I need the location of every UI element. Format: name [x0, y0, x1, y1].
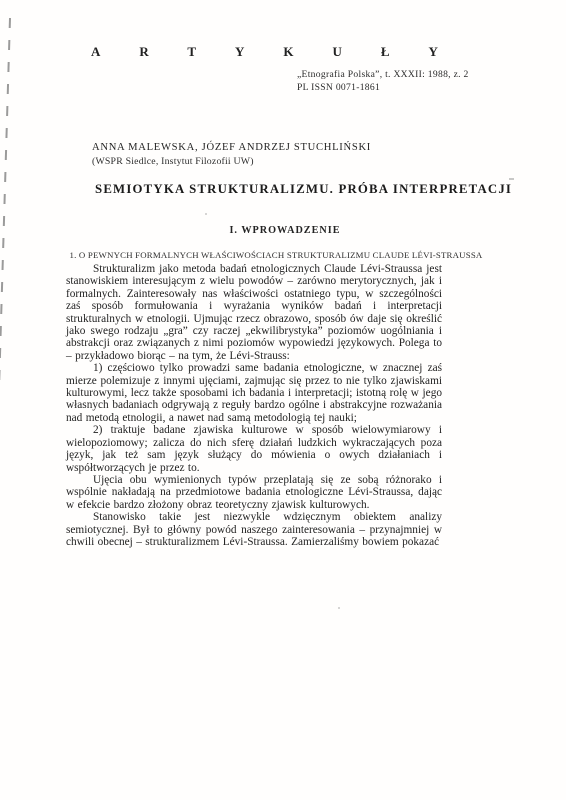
- left-margin-dashed-line: [0, 18, 11, 627]
- authors-line: ANNA MALEWSKA, JÓZEF ANDRZEJ STUCHLIŃSKI: [92, 142, 371, 153]
- scan-speck: [509, 178, 514, 180]
- paragraph: Stanowisko takie jest niezwykle wdzięczn…: [66, 511, 442, 548]
- journal-citation-line2: PL ISSN 0071-1861: [297, 82, 469, 95]
- article-title: SEMIOTYKA STRUKTURALIZMU. PRÓBA INTERPRE…: [95, 182, 475, 197]
- body-text: Strukturalizm jako metoda badań etnologi…: [66, 263, 442, 548]
- paragraph: 2) traktuje badane zjawiska kulturowe w …: [66, 424, 442, 474]
- paragraph: Strukturalizm jako metoda badań etnologi…: [66, 263, 442, 362]
- affiliation-line: (WSPR Siedlce, Instytut Filozofii UW): [92, 156, 254, 167]
- paragraph: 1) częściowo tylko prowadzi same badania…: [66, 362, 442, 424]
- scanned-journal-page: ARTYKUŁY „Etnografia Polska”, t. XXXII: …: [0, 0, 566, 800]
- journal-citation: „Etnografia Polska”, t. XXXII: 1988, z. …: [297, 69, 469, 94]
- journal-citation-line1: „Etnografia Polska”, t. XXXII: 1988, z. …: [297, 69, 469, 82]
- subsection-heading: 1. O PEWNYCH FORMALNYCH WŁAŚCIWOŚCIACH S…: [64, 250, 488, 260]
- scan-speck: [338, 607, 340, 609]
- journal-section-header: ARTYKUŁY: [91, 44, 477, 60]
- scan-speck: [205, 213, 207, 215]
- section-heading: I. WPROWADZENIE: [95, 225, 475, 236]
- paragraph: Ujęcia obu wymienionych typów przeplataj…: [66, 474, 442, 511]
